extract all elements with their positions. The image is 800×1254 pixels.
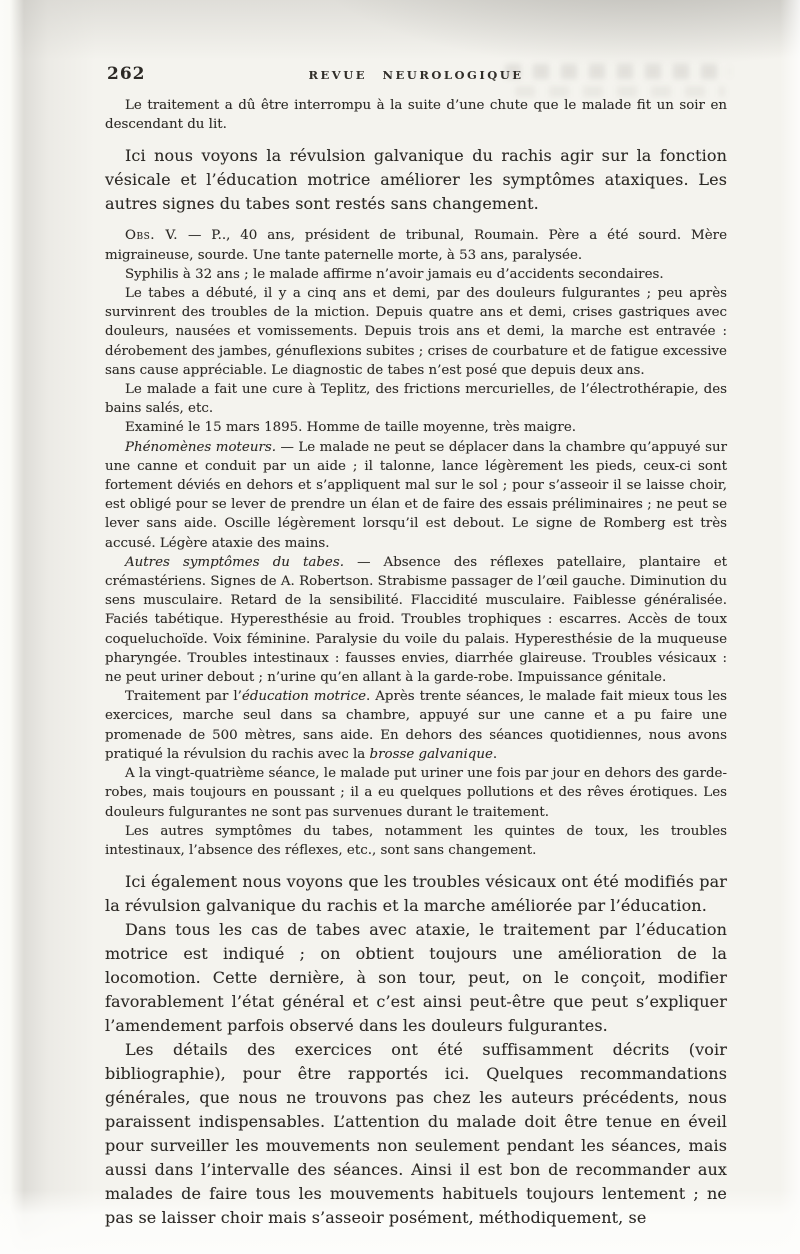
running-head: 262 REVUE NEUROLOGIQUE xyxy=(105,64,727,86)
text-run: Le tabes a débuté, il y a cinq ans et de… xyxy=(105,286,727,378)
paragraph: Traitement par l’éducation motrice. Aprè… xyxy=(105,687,727,764)
text-run: Le traitement a dû être interrompu à la … xyxy=(105,98,727,132)
paragraph: Le malade a fait une cure à Teplitz, des… xyxy=(105,380,727,418)
paragraph: Phénomènes moteurs. — Le malade ne peut … xyxy=(105,438,727,553)
paragraph: Les autres symptômes du tabes, notamment… xyxy=(105,822,727,860)
paragraph: A la vingt-quatrième séance, le malade p… xyxy=(105,764,727,822)
body-text: Le traitement a dû être interrompu à la … xyxy=(105,96,727,1230)
journal-title: REVUE NEUROLOGIQUE xyxy=(105,64,727,82)
paragraph: Ici également nous voyons que les troubl… xyxy=(105,870,727,918)
paragraph: Autres symptômes du tabes. — Absence des… xyxy=(105,553,727,687)
paragraph: Syphilis à 32 ans ; le malade affirme n’… xyxy=(105,265,727,284)
text-run: Traitement par l’ xyxy=(125,689,242,704)
text-run: Ici également nous voyons que les troubl… xyxy=(105,872,727,915)
paragraph: Le tabes a débuté, il y a cinq ans et de… xyxy=(105,284,727,380)
text-run: Syphilis à 32 ans ; le malade affirme n’… xyxy=(125,267,664,282)
paragraph: Obs. V. — P.., 40 ans, président de trib… xyxy=(105,226,727,264)
page-number: 262 xyxy=(107,64,146,84)
italic-text: éducation motrice xyxy=(242,689,366,704)
text-run: Le malade a fait une cure à Teplitz, des… xyxy=(105,382,727,416)
paragraph: Les détails des exercices ont été suffis… xyxy=(105,1038,727,1230)
text-run: Les autres symptômes du tabes, notamment… xyxy=(105,824,727,858)
text-run: A la vingt-quatrième séance, le malade p… xyxy=(105,766,727,819)
text-run: — P.., 40 ans, président de tribunal, Ro… xyxy=(105,228,727,262)
text-run: Ici nous voyons la révulsion galvanique … xyxy=(105,146,727,213)
paragraph: Ici nous voyons la révulsion galvanique … xyxy=(105,144,727,216)
paragraph: Dans tous les cas de tabes avec ataxie, … xyxy=(105,918,727,1038)
smallcaps-text: Obs. V. xyxy=(125,228,178,243)
text-run: Examiné le 15 mars 1895. Homme de taille… xyxy=(125,420,576,435)
italic-text: Phénomènes moteurs. xyxy=(125,440,276,455)
italic-text: brosse galvanique xyxy=(370,747,493,762)
text-run: . xyxy=(493,747,497,762)
text-run: Les détails des exercices ont été suffis… xyxy=(105,1040,727,1227)
scanned-journal-page: 262 REVUE NEUROLOGIQUE Le traitement a d… xyxy=(0,0,800,1254)
paragraph: Le traitement a dû être interrompu à la … xyxy=(105,96,727,134)
text-run: Dans tous les cas de tabes avec ataxie, … xyxy=(105,920,727,1035)
text-run: — Absence des réflexes patellaire, plant… xyxy=(105,555,727,685)
text-run: — Le malade ne peut se déplacer dans la … xyxy=(105,440,727,551)
paragraph: Examiné le 15 mars 1895. Homme de taille… xyxy=(105,418,727,437)
italic-text: Autres symptômes du tabes. xyxy=(125,555,344,570)
